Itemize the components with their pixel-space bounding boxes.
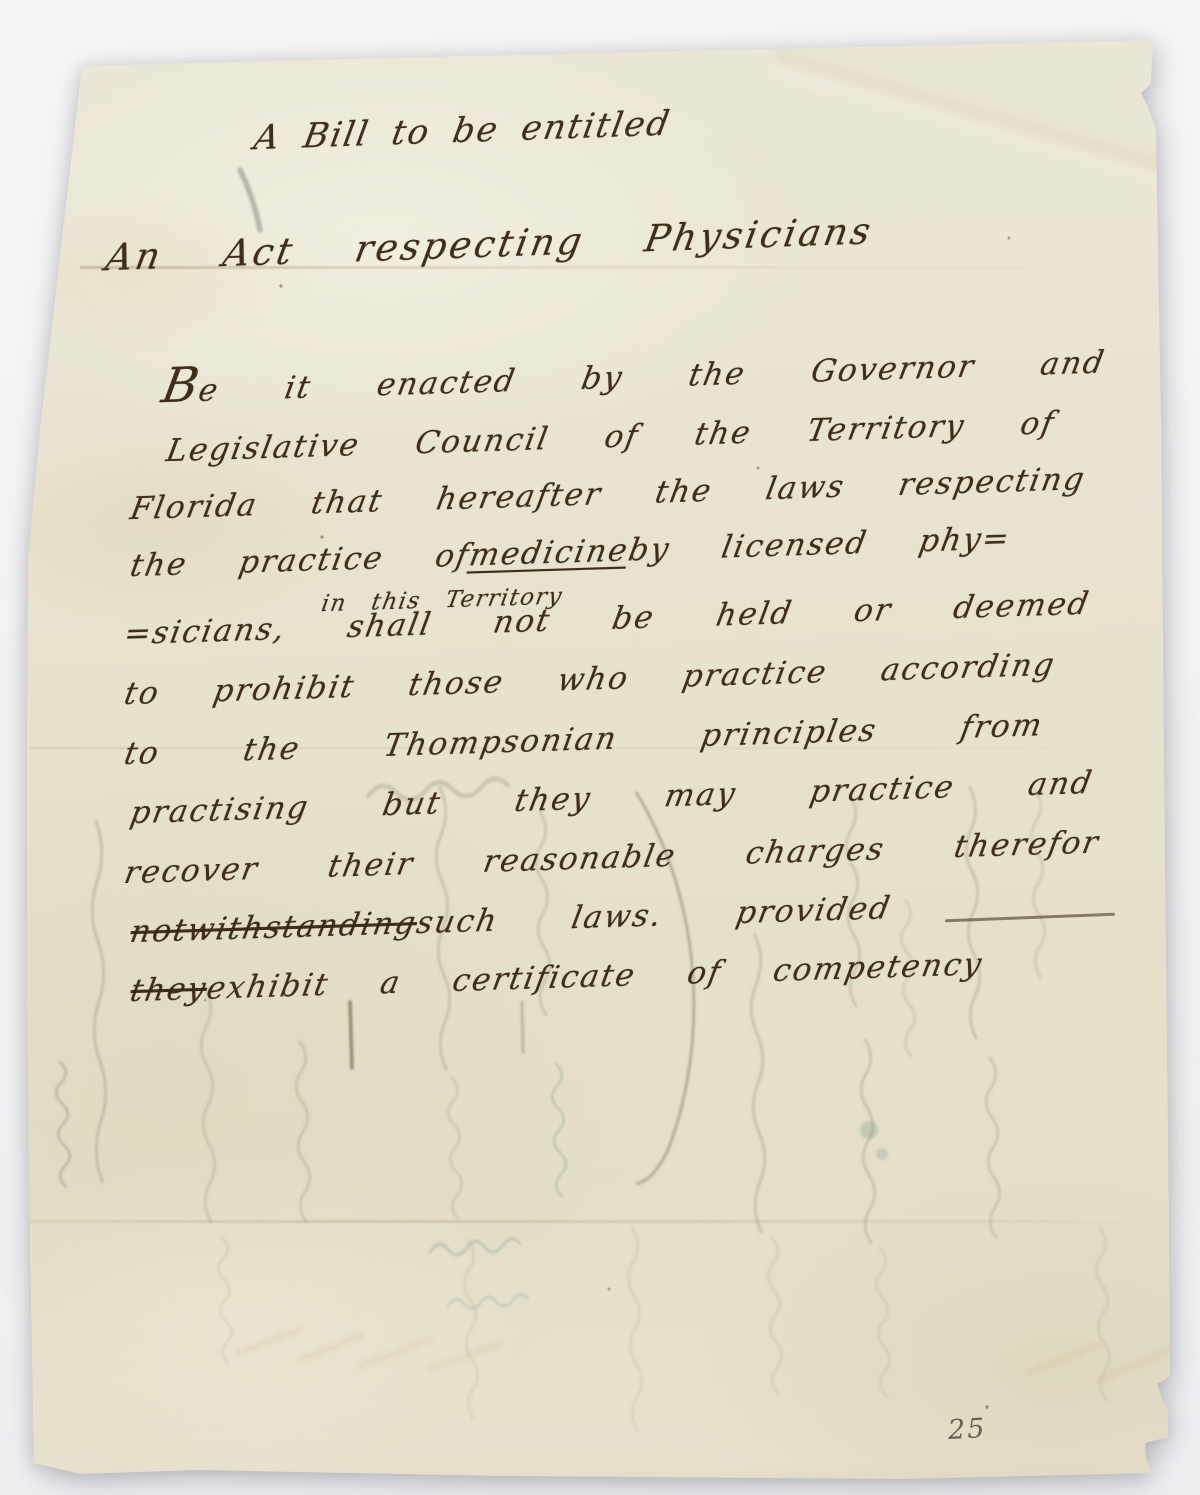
manuscript-page: A Bill to be entitled An Act respecting … <box>0 0 1200 1495</box>
line-text: to the Thompsonian principles from <box>121 707 1046 773</box>
manuscript-line: the practice of medicine by licensed phy… <box>127 520 1014 585</box>
struck-word: notwithstanding <box>127 905 420 951</box>
manuscript-line: Florida that hereafter the laws respecti… <box>127 461 1089 528</box>
page-number-annotation: 25 <box>947 1413 987 1446</box>
line-text: such laws. provided <box>413 890 894 942</box>
manuscript-line: they exhibit a certificate of competency <box>127 946 986 1010</box>
manuscript-line: Legislative Council of the Territory of <box>163 405 1058 470</box>
manuscript-line: =sicians, shall not be held or deemed <box>121 586 1093 654</box>
line-text: exhibit a certificate of competency <box>204 946 987 1008</box>
title-text: An Act respecting Physicians <box>102 209 877 280</box>
paper-shadow: A Bill to be entitled An Act respecting … <box>0 0 1200 1495</box>
line-text: =sicians, shall not be held or deemed <box>121 586 1093 654</box>
line-text: by licensed phy= <box>625 520 1014 569</box>
struck-word: they <box>127 971 210 1011</box>
manuscript-title: An Act respecting Physicians <box>102 209 877 280</box>
heading-text: A Bill to be entitled <box>251 103 674 159</box>
scanned-document-view: A Bill to be entitled An Act respecting … <box>0 0 1200 1495</box>
ink-flourish-line <box>945 913 1115 922</box>
handwriting-layer: A Bill to be entitled An Act respecting … <box>0 0 1200 1495</box>
line-text: recover their reasonable charges therefo… <box>121 824 1102 892</box>
line-text: Legislative Council of the Territory of <box>163 405 1058 470</box>
manuscript-line: to the Thompsonian principles from <box>121 707 1046 773</box>
manuscript-line: recover their reasonable charges therefo… <box>121 824 1102 892</box>
line-text: Be it enacted by the Governor and <box>158 338 1109 411</box>
underlined-word: medicine <box>466 532 632 574</box>
manuscript-line: Be it enacted by the Governor and <box>158 338 1109 411</box>
line-text: the practice of <box>127 537 473 585</box>
manuscript-line: notwithstanding such laws. provided <box>127 890 894 951</box>
line-text: Florida that hereafter the laws respecti… <box>127 461 1089 528</box>
manuscript-line: practising but they may practice and <box>127 765 1096 833</box>
line-text: to prohibit those who practice according <box>121 647 1058 714</box>
manuscript-line: to prohibit those who practice according <box>121 647 1058 714</box>
line-text: practising but they may practice and <box>127 765 1096 833</box>
manuscript-heading: A Bill to be entitled <box>251 103 674 159</box>
